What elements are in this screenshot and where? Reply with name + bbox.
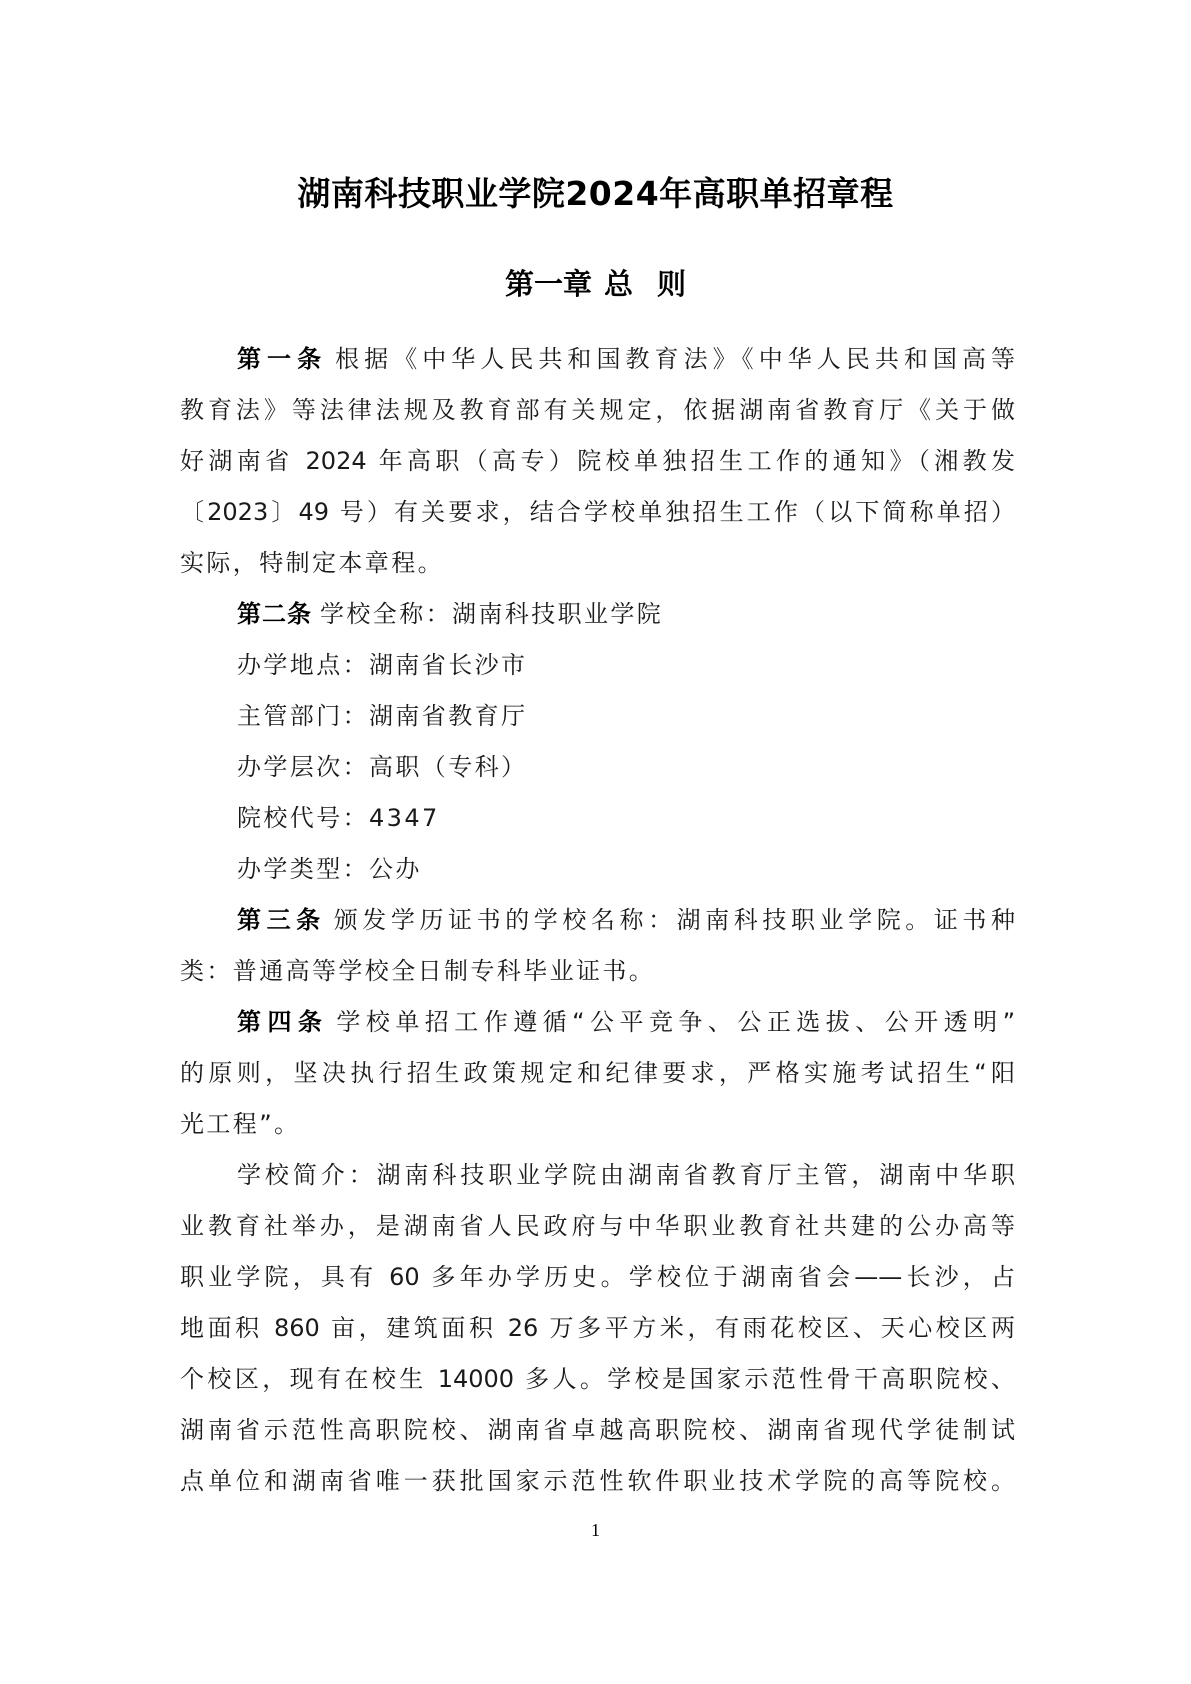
school-intro-line: 职业学院，具有 60 多年办学历史。学校位于湖南省会——长沙，占 (180, 1252, 1015, 1303)
article-1-line: 好湖南省 2024 年高职（高专）院校单独招生工作的通知》（湘教发 (180, 436, 1015, 487)
article-1-line: 实际，特制定本章程。 (180, 538, 1015, 589)
article-1-line: 第一条根据《中华人民共和国教育法》《中华人民共和国高等 (180, 334, 1015, 385)
article-1-line: 教育法》等法律法规及教育部有关规定，依据湖南省教育厅《关于做 (180, 385, 1015, 436)
article-4-text: 学校单招工作遵循“公平竞争、公正选拔、公开透明” (336, 1008, 1015, 1036)
school-intro-line: 地面积 860 亩，建筑面积 26 万多平方米，有雨花校区、天心校区两 (180, 1303, 1015, 1354)
article-3-line: 第三条颁发学历证书的学校名称：湖南科技职业学院。证书种 (180, 895, 1015, 946)
school-code: 院校代号：4347 (180, 793, 1015, 844)
article-2-label: 第二条 (237, 600, 312, 628)
chapter-heading: 第一章总则 (0, 262, 1191, 306)
school-location: 办学地点：湖南省长沙市 (180, 640, 1015, 691)
article-4-line: 的原则，坚决执行招生政策规定和纪律要求，严格实施考试招生“阳 (180, 1048, 1015, 1099)
education-level: 办学层次：高职（专科） (180, 742, 1015, 793)
chapter-number: 第一章 (505, 267, 592, 301)
school-intro-line: 点单位和湖南省唯一获批国家示范性软件职业技术学院的高等院校。 (180, 1456, 1015, 1507)
article-3-text: 颁发学历证书的学校名称：湖南科技职业学院。证书种 (334, 906, 1015, 934)
article-3-label: 第三条 (237, 906, 326, 934)
article-4-line: 第四条学校单招工作遵循“公平竞争、公正选拔、公开透明” (180, 997, 1015, 1048)
article-2-line: 第二条学校全称：湖南科技职业学院 (180, 589, 1015, 640)
article-4-line: 光工程”。 (180, 1099, 1015, 1150)
document-body: 第一条根据《中华人民共和国教育法》《中华人民共和国高等 教育法》等法律法规及教育… (180, 334, 1015, 1507)
article-1-label: 第一条 (237, 345, 327, 373)
page-number: 1 (0, 1520, 1191, 1541)
chapter-title-word-1: 总 (604, 267, 633, 301)
article-1-text: 根据《中华人民共和国教育法》《中华人民共和国高等 (335, 345, 1015, 373)
document-title: 湖南科技职业学院2024年高职单招章程 (0, 170, 1191, 218)
school-intro-line: 湖南省示范性高职院校、湖南省卓越高职院校、湖南省现代学徒制试 (180, 1405, 1015, 1456)
article-3-line: 类：普通高等学校全日制专科毕业证书。 (180, 946, 1015, 997)
school-intro-line: 学校简介：湖南科技职业学院由湖南省教育厅主管，湖南中华职 (180, 1150, 1015, 1201)
school-type: 办学类型：公办 (180, 844, 1015, 895)
school-intro-line: 个校区，现有在校生 14000 多人。学校是国家示范性骨干高职院校、 (180, 1354, 1015, 1405)
school-full-name: 学校全称：湖南科技职业学院 (320, 600, 663, 628)
school-intro-line: 业教育社举办，是湖南省人民政府与中华职业教育社共建的公办高等 (180, 1201, 1015, 1252)
article-4-label: 第四条 (237, 1008, 328, 1036)
article-1-line: 〔2023〕49 号）有关要求，结合学校单独招生工作（以下简称单招） (180, 487, 1015, 538)
chapter-title-word-2: 则 (657, 267, 686, 301)
document-page: 湖南科技职业学院2024年高职单招章程 第一章总则 第一条根据《中华人民共和国教… (0, 0, 1191, 1684)
supervising-department: 主管部门：湖南省教育厅 (180, 691, 1015, 742)
